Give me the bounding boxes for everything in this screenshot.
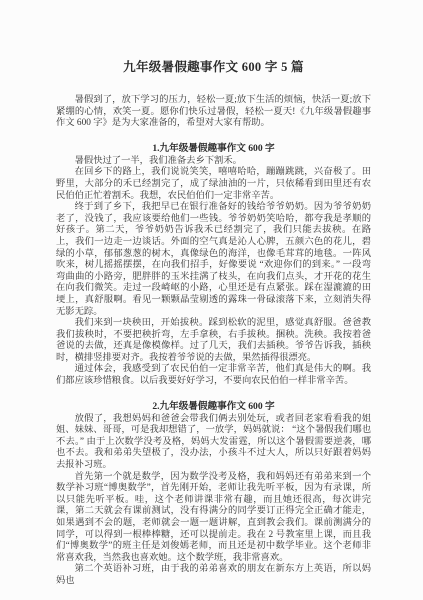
section-2-paragraph-3: 第二个英语补习班，由于我的弟弟喜欢的朋友在新东方上英语，所以妈妈也 [56, 564, 371, 587]
section-2-paragraph-1: 放假了，我想妈妈和爸爸会带我们俩去别处玩，或者回老家看看我的姐姐、妹妹、哥哥，可… [56, 414, 371, 472]
document-page: 九年级暑假趣事作文 600 字 5 篇 暑假到了，放下学习的压力，轻松一夏;放下… [0, 0, 423, 600]
section-1-paragraph-4: 我们来到一块秧田，开始拔秧。踩到松软的泥里，感觉真舒服。爸爸教我们拔秧时，不要把… [56, 318, 371, 364]
page-title: 九年级暑假趣事作文 600 字 5 篇 [56, 57, 371, 75]
section-1-paragraph-2: 在回乡下的路上，我们说说笑笑，嘻嘻哈哈，蹦蹦跳跳，兴奋极了。田野里，大部分的禾已… [56, 167, 371, 202]
section-1-heading: 1.九年级暑假趣事作文 600 字 [56, 143, 371, 155]
section-2-paragraph-2: 首先第一个就是数学，因为数学没考及格，我和妈妈还有弟弟来到一个数学补习班“博奥数… [56, 472, 371, 565]
section-2-heading: 2.九年级暑假趣事作文 600 字 [56, 401, 371, 413]
intro-paragraph: 暑假到了，放下学习的压力，轻松一夏;放下生活的烦恼，快活一夏;放下紧绷的心情，欢… [56, 95, 371, 130]
section-1-paragraph-3: 终于到了乡下，我把早已在银行准备好的钱给爷爷奶奶。因为爷爷奶奶老了，没钱了，我应… [56, 202, 371, 318]
section-1-paragraph-5: 通过体会，我感受到了农民伯伯一定非常辛苦，他们真是伟大的啊。我们都应该珍惜粮食。… [56, 364, 371, 387]
section-1-paragraph-1: 暑假快过了一半，我们准备去乡下割禾。 [56, 156, 371, 168]
